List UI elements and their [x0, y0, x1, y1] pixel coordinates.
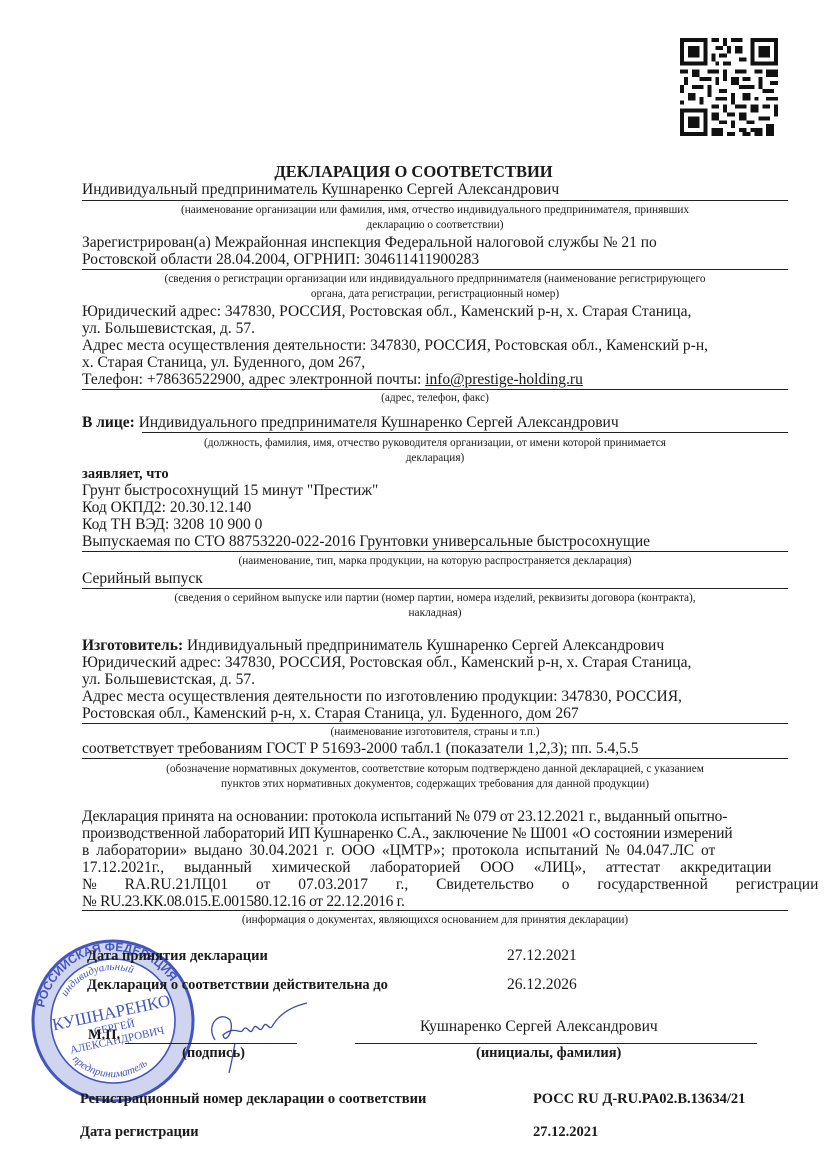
address-caption: (адрес, телефон, факс) — [82, 391, 788, 406]
seal-label: М.П. — [88, 1026, 120, 1044]
registration-line-2: Ростовской области 28.04.2004, ОГРНИП: 3… — [82, 251, 479, 269]
registration-date-value: 27.12.2021 — [533, 1123, 598, 1141]
manufacturer-line: Изготовитель: Индивидуальный предпринима… — [82, 637, 664, 655]
basis-caption: (информация о документах, являющихся осн… — [82, 913, 788, 928]
registration-caption-2: органа, дата регистрации, регистрационны… — [82, 287, 788, 302]
qr-code-icon — [680, 38, 778, 136]
basis-line-6: № RU.23.КК.08.015.Е.001580.12.16 от 22.1… — [82, 893, 405, 911]
activity-address-line-1: Адрес места осуществления деятельности: … — [82, 337, 708, 355]
applicant-underline — [82, 200, 788, 201]
compliance-text: соответствует требованиям ГОСТ Р 51693-2… — [82, 740, 639, 758]
basis-line-4: 17.12.2021г., выданный химической лабора… — [82, 859, 771, 877]
product-standard: Выпускаемая по СТО 88753220-022-2016 Гру… — [82, 533, 650, 551]
release-underline — [82, 588, 788, 589]
contact-line: Телефон: +78636522900, адрес электронной… — [82, 371, 583, 389]
document-title: ДЕКЛАРАЦИЯ О СООТВЕТСТВИИ — [0, 162, 827, 182]
declares-label: заявляет, что — [82, 465, 169, 483]
manufacturer-legal-address-2: ул. Большевистская, д. 57. — [82, 671, 255, 689]
basis-underline — [82, 910, 788, 911]
registration-caption-1: (сведения о регистрации организации или … — [82, 272, 788, 287]
manufacturer-caption: (наименование изготовителя, страны и т.п… — [82, 725, 788, 740]
compliance-caption-2: пунктов этих нормативных документов, сод… — [82, 777, 788, 792]
representative-line: В лице: Индивидуального предпринимателя … — [82, 414, 619, 432]
representative-value: Индивидуального предпринимателя Кушнарен… — [135, 414, 619, 431]
release-caption-1: (сведения о серийном выпуске или партии … — [82, 591, 788, 606]
manufacturer-underline — [82, 723, 788, 724]
activity-address-line-2: х. Старая Станица, ул. Буденного, дом 26… — [82, 354, 365, 372]
registration-number-value: РОСС RU Д-RU.РА02.В.13634/21 — [533, 1090, 745, 1108]
basis-line-5: № RA.RU.21ЛЦ01 от 07.03.2017 г., Свидете… — [82, 876, 818, 894]
registration-number-label: Регистрационный номер декларации о соотв… — [80, 1090, 426, 1108]
registration-date-label: Дата регистрации — [80, 1123, 199, 1141]
basis-line-2: производственной лабораторий ИП Кушнарен… — [82, 825, 732, 843]
phone-text: Телефон: +78636522900, адрес электронной… — [82, 371, 425, 388]
signature-caption: (подпись) — [182, 1044, 245, 1062]
product-tn-ved: Код ТН ВЭД: 3208 10 900 0 — [82, 516, 262, 534]
contact-underline — [82, 389, 788, 390]
legal-address-line-2: ул. Большевистская, д. 57. — [82, 320, 255, 338]
manufacturer-legal-address-1: Юридический адрес: 347830, РОССИЯ, Росто… — [82, 654, 691, 672]
applicant-name: Индивидуальный предприниматель Кушнаренк… — [82, 181, 559, 199]
product-okpd2: Код ОКПД2: 20.30.12.140 — [82, 499, 251, 517]
manufacturer-production-address-2: Ростовская обл., Каменский р-н, х. Стара… — [82, 705, 579, 723]
accepted-date-label: Дата принятия декларации — [87, 947, 268, 965]
email-link[interactable]: info@prestige-holding.ru — [425, 371, 583, 388]
product-underline — [82, 551, 788, 552]
basis-line-3: в лаборатории» выдано 30.04.2021 г. ООО … — [82, 842, 715, 860]
registration-line-1: Зарегистрирован(а) Межрайонная инспекция… — [82, 234, 657, 252]
product-release: Серийный выпуск — [82, 570, 203, 588]
product-name: Грунт быстросохнущий 15 минут "Престиж" — [82, 482, 378, 500]
basis-line-1: Декларация принята на основании: протоко… — [82, 808, 788, 826]
compliance-caption-1: (обозначение нормативных документов, соо… — [82, 762, 788, 777]
manufacturer-name: Индивидуальный предприниматель Кушнаренк… — [183, 637, 664, 654]
applicant-caption-1: (наименование организации или фамилия, и… — [82, 203, 788, 218]
representative-label: В лице: — [82, 414, 135, 431]
release-caption-2: накладная) — [82, 606, 788, 621]
legal-address-line-1: Юридический адрес: 347830, РОССИЯ, Росто… — [82, 303, 691, 321]
accepted-date-value: 27.12.2021 — [507, 947, 577, 965]
manufacturer-production-address-1: Адрес места осуществления деятельности п… — [82, 688, 682, 706]
representative-underline — [142, 432, 788, 433]
representative-caption-1: (должность, фамилия, имя, отчество руков… — [82, 436, 788, 451]
manufacturer-label: Изготовитель: — [82, 637, 183, 654]
compliance-underline — [82, 758, 788, 759]
signer-name-caption: (инициалы, фамилия) — [476, 1044, 621, 1062]
registration-underline — [82, 269, 788, 270]
product-caption: (наименование, тип, марка продукции, на … — [82, 554, 788, 569]
signer-name: Кушнаренко Сергей Александрович — [420, 1018, 658, 1036]
valid-until-value: 26.12.2026 — [507, 976, 577, 994]
applicant-caption-2: декларацию о соответствии) — [82, 218, 788, 233]
representative-caption-2: декларация) — [82, 451, 788, 466]
